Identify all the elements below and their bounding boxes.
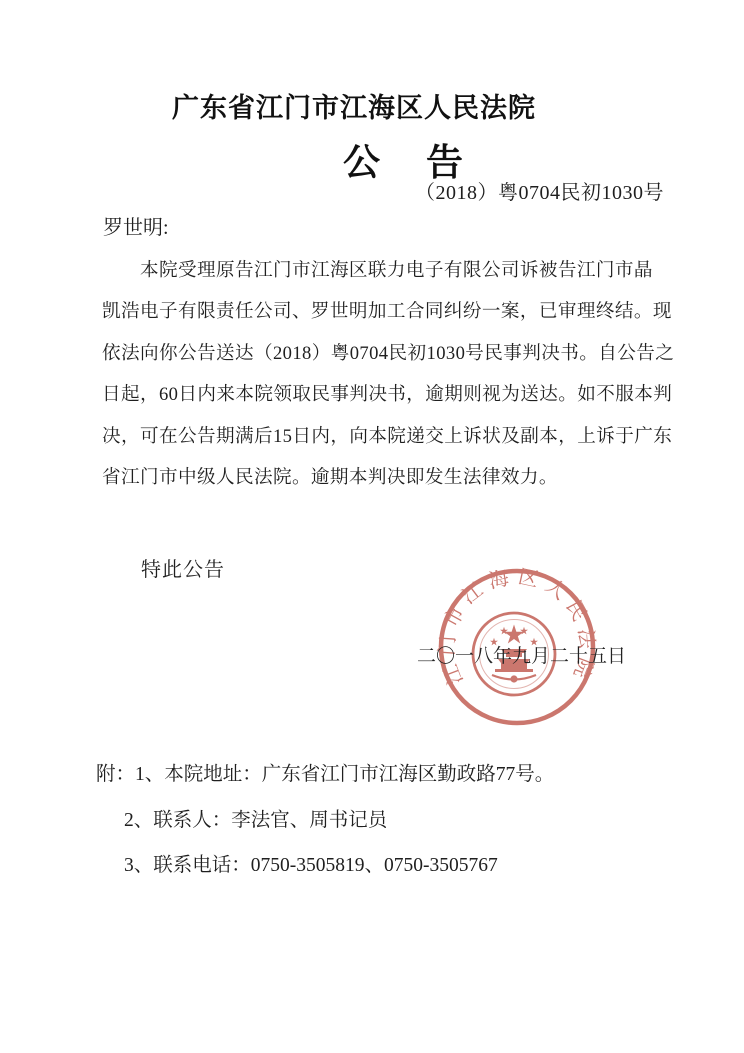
court-name-heading: 广东省江门市江海区人民法院 — [0, 86, 726, 125]
note-line: 2、联系人：李法官、周书记员 — [96, 808, 554, 854]
notes-label: 附： — [96, 764, 135, 785]
body-line: 本院受理原告江门市江海区联力电子有限公司诉被告江门市晶 — [102, 250, 664, 291]
case-number: （2018）粤0704民初1030号 — [415, 176, 664, 205]
body-line: 省江门市中级人民法院。逾期本判决即发生法律效力。 — [102, 457, 664, 498]
court-notice-document: 广东省江门市江海区人民法院 公 告 （2018）粤0704民初1030号 罗世明… — [0, 0, 744, 1053]
appendix-notes: 附：1、本院地址：广东省江门市江海区勤政路77号。 2、联系人：李法官、周书记员… — [96, 762, 554, 899]
notice-title-char: 公 — [343, 132, 380, 186]
addressee-name: 罗世明: — [103, 211, 169, 240]
note-line: 3、联系电话：0750-3505819、0750-3505767 — [96, 853, 554, 899]
note-item: 1、本院地址：广东省江门市江海区勤政路77号。 — [135, 764, 554, 785]
body-line: 依法向你公告送达（2018）粤0704民初1030号民事判决书。自公告之 — [102, 333, 664, 374]
body-line: 凯浩电子有限责任公司、罗世明加工合同纠纷一案，已审理终结。现 — [102, 291, 664, 332]
closing-statement: 特此公告 — [141, 553, 225, 582]
body-line: 决，可在公告期满后15日内，向本院递交上诉状及副本，上诉于广东 — [102, 416, 664, 457]
note-line: 附：1、本院地址：广东省江门市江海区勤政路77号。 — [96, 762, 554, 808]
notice-body: 本院受理原告江门市江海区联力电子有限公司诉被告江门市晶 凯浩电子有限责任公司、罗… — [102, 250, 664, 498]
body-line: 日起，60日内来本院领取民事判决书，逾期则视为送达。如不服本判 — [102, 374, 664, 415]
document-date: 二〇一八年九月二十五日 — [417, 641, 626, 668]
